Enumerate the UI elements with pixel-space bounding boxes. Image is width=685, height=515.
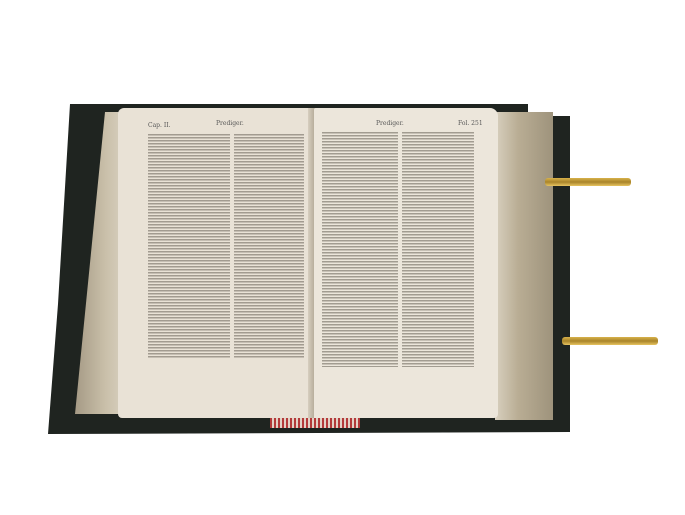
right-page-edges [495, 112, 553, 420]
right-title: Prediger. [376, 120, 404, 127]
lower-clasp [562, 337, 658, 345]
left-header: Cap. II. [148, 122, 170, 129]
text-column [234, 134, 304, 359]
bookmark-ribbon [270, 418, 360, 428]
text-column [148, 134, 230, 359]
left-page: Cap. II. Prediger. [118, 108, 314, 418]
left-title: Prediger. [216, 120, 244, 127]
right-folio: Fol. 251 [458, 120, 483, 127]
upper-clasp [545, 178, 631, 186]
text-column [322, 132, 398, 367]
right-page: Prediger. Fol. 251 [314, 108, 498, 418]
text-column [402, 132, 474, 367]
